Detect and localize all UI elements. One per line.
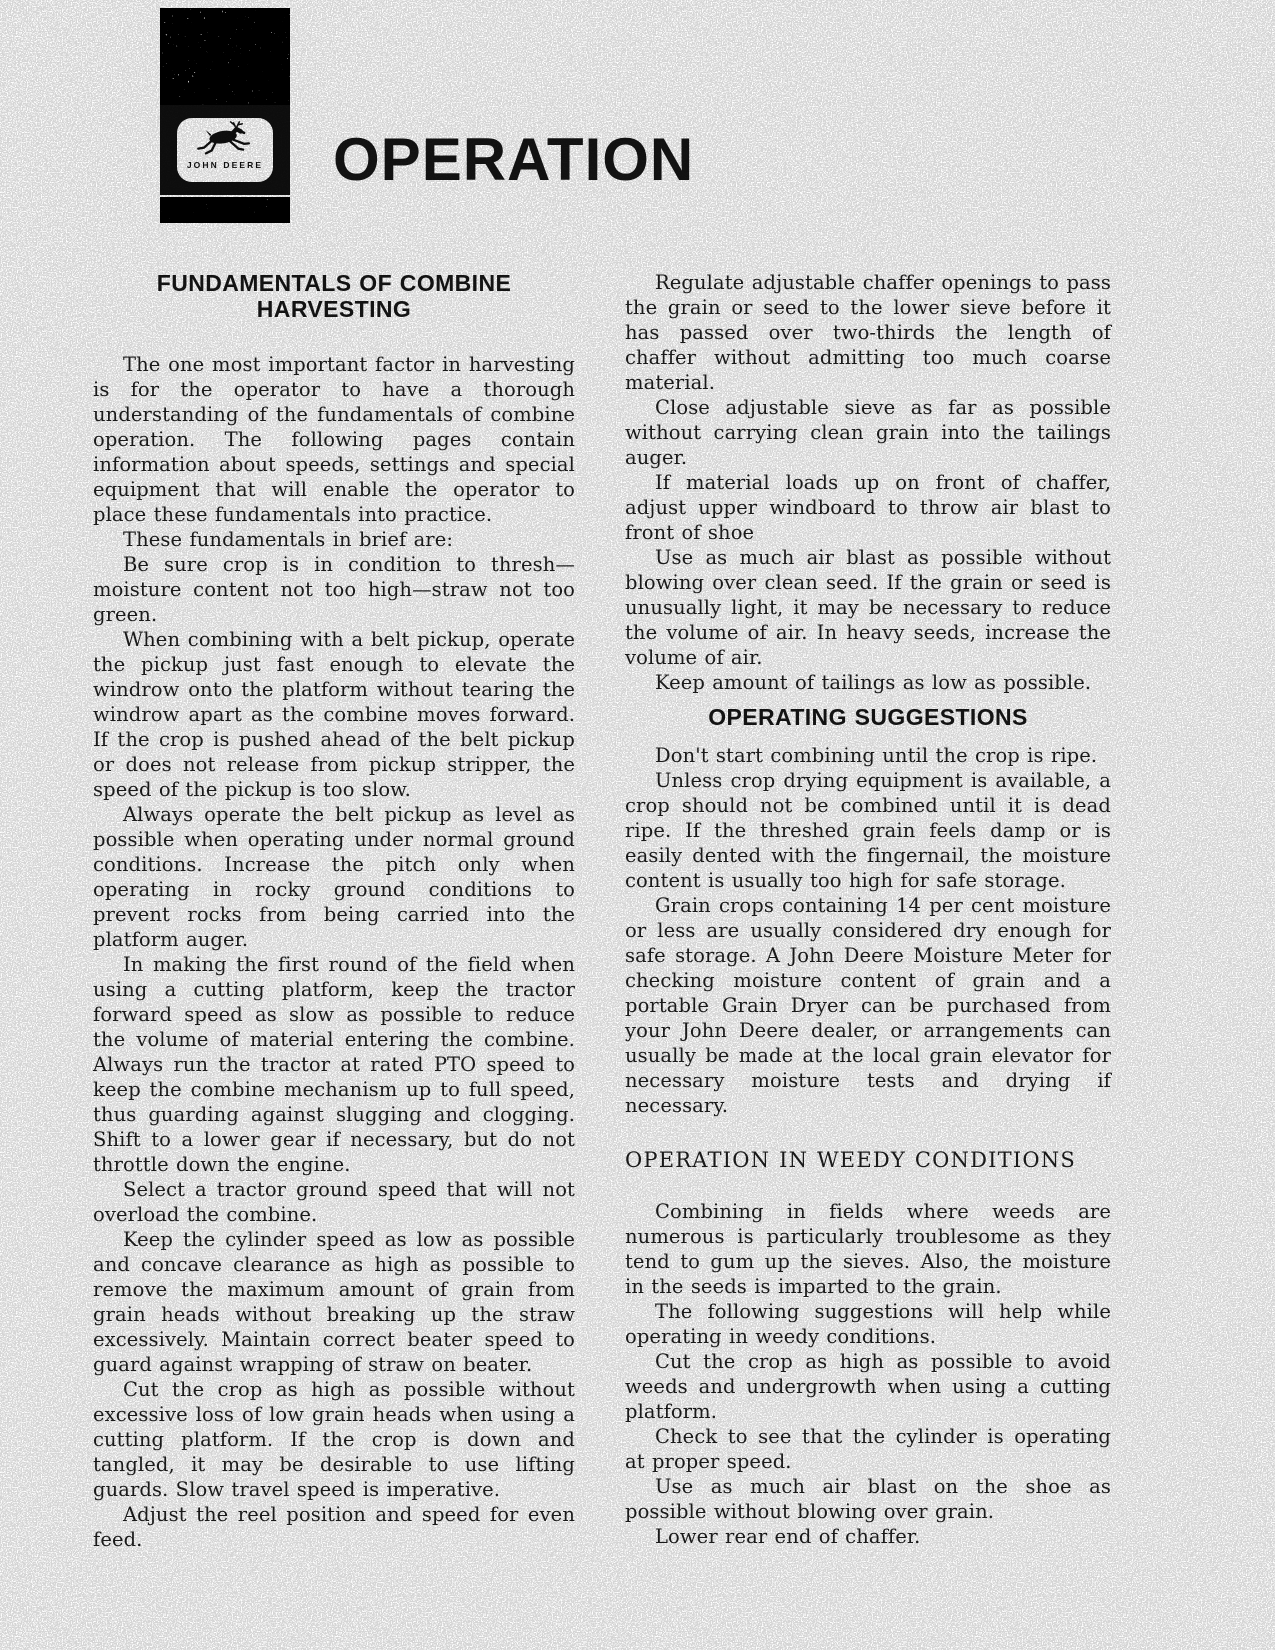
paragraph: Regulate adjustable chaffer openings to … bbox=[625, 270, 1111, 395]
section-heading-weedy-conditions: OPERATION IN WEEDY CONDITIONS bbox=[625, 1148, 1111, 1173]
paragraph: Unless crop drying equipment is availabl… bbox=[625, 768, 1111, 893]
paragraph: Lower rear end of chaffer. bbox=[625, 1524, 1111, 1549]
heading-line-1: FUNDAMENTALS OF COMBINE bbox=[157, 270, 511, 296]
logo-brand-text: JOHN DEERE bbox=[187, 160, 263, 170]
right-column: Regulate adjustable chaffer openings to … bbox=[625, 270, 1111, 1552]
leaping-deer-icon bbox=[190, 120, 260, 162]
section-heading-operating-suggestions: OPERATING SUGGESTIONS bbox=[625, 704, 1111, 731]
crop-texture-bottom bbox=[160, 197, 290, 223]
paragraph: Check to see that the cylinder is operat… bbox=[625, 1424, 1111, 1474]
paragraph: Cut the crop as high as possible without… bbox=[93, 1377, 575, 1502]
paragraph: If material loads up on front of chaffer… bbox=[625, 470, 1111, 545]
paragraph: When combining with a belt pickup, opera… bbox=[93, 627, 575, 802]
paragraph: Don't start combining until the crop is … bbox=[625, 743, 1111, 768]
john-deere-logo: JOHN DEERE bbox=[160, 8, 290, 223]
manual-page: JOHN DEERE OPERATION FUNDAMENTALS OF COM… bbox=[0, 0, 1275, 1650]
paragraph: The one most important factor in harvest… bbox=[93, 352, 575, 527]
paragraph: Use as much air blast on the shoe as pos… bbox=[625, 1474, 1111, 1524]
paragraph: Combining in fields where weeds are nume… bbox=[625, 1199, 1111, 1299]
paragraph: Close adjustable sieve as far as possibl… bbox=[625, 395, 1111, 470]
logo-plate: JOHN DEERE bbox=[177, 118, 273, 182]
crop-texture-top bbox=[160, 8, 290, 105]
paragraph: Grain crops containing 14 per cent moist… bbox=[625, 893, 1111, 1118]
heading-line-2: HARVESTING bbox=[257, 296, 411, 322]
operating-suggestions-body: Don't start combining until the crop is … bbox=[625, 743, 1111, 1118]
text-columns: FUNDAMENTALS OF COMBINE HARVESTING The o… bbox=[93, 270, 1113, 1552]
paragraph: The following suggestions will help whil… bbox=[625, 1299, 1111, 1349]
paragraph: Select a tractor ground speed that will … bbox=[93, 1177, 575, 1227]
paragraph: Cut the crop as high as possible to avoi… bbox=[625, 1349, 1111, 1424]
paragraph: In making the first round of the field w… bbox=[93, 952, 575, 1177]
page-title: OPERATION bbox=[333, 124, 694, 196]
paragraph: Be sure crop is in condition to thresh—m… bbox=[93, 552, 575, 627]
paragraph: Keep the cylinder speed as low as possib… bbox=[93, 1227, 575, 1377]
left-column-body: The one most important factor in harvest… bbox=[93, 352, 575, 1552]
weedy-conditions-body: Combining in fields where weeds are nume… bbox=[625, 1199, 1111, 1549]
left-column: FUNDAMENTALS OF COMBINE HARVESTING The o… bbox=[93, 270, 575, 1552]
section-heading-fundamentals: FUNDAMENTALS OF COMBINE HARVESTING bbox=[93, 270, 575, 322]
paragraph: Keep amount of tailings as low as possib… bbox=[625, 670, 1111, 695]
paragraph: Adjust the reel position and speed for e… bbox=[93, 1502, 575, 1552]
paragraph: Use as much air blast as possible withou… bbox=[625, 545, 1111, 670]
logo-band: JOHN DEERE bbox=[160, 105, 290, 195]
paragraph: These fundamentals in brief are: bbox=[93, 527, 575, 552]
paragraph: Always operate the belt pickup as level … bbox=[93, 802, 575, 952]
right-column-intro: Regulate adjustable chaffer openings to … bbox=[625, 270, 1111, 695]
